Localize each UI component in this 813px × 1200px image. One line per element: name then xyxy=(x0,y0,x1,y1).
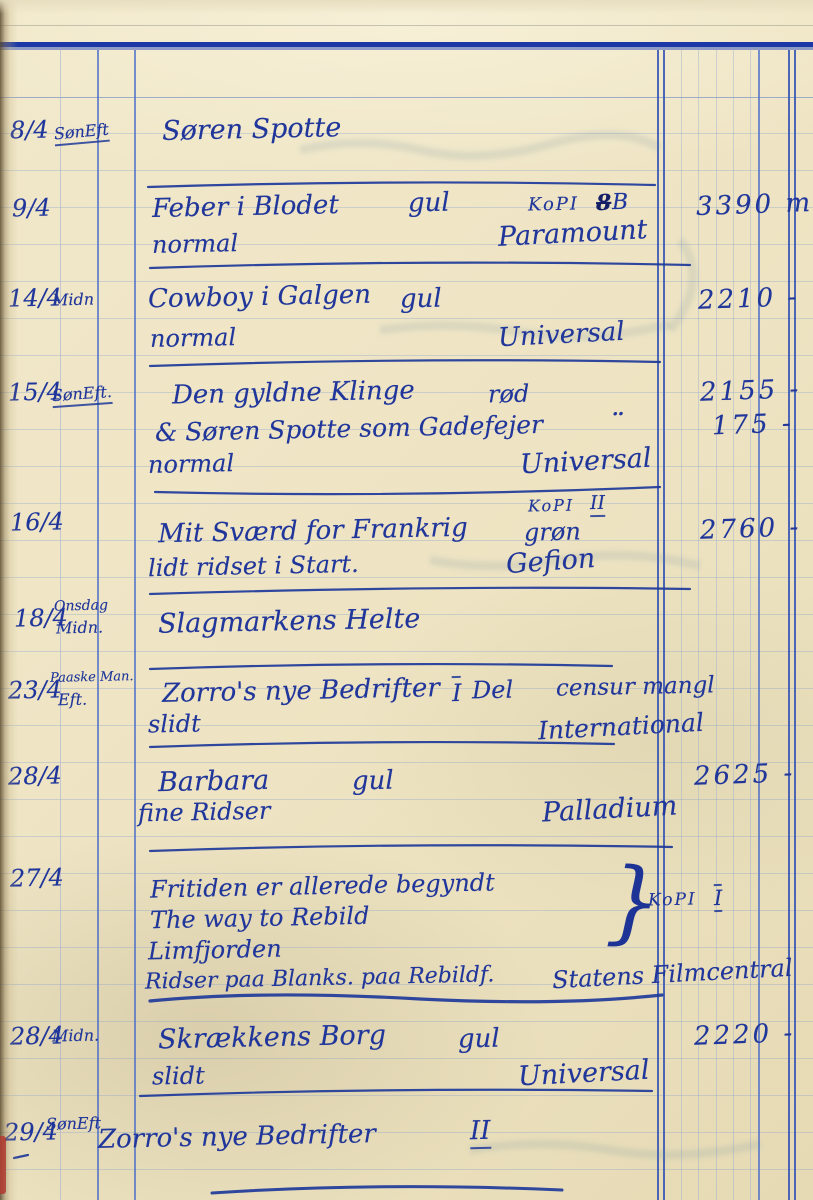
amount-meters: 2625 - xyxy=(694,758,796,792)
copy-numeral: I xyxy=(714,884,723,912)
condition-note: normal xyxy=(152,229,239,259)
red-edge-mark xyxy=(0,1136,6,1194)
leader-color-note: rød xyxy=(488,380,530,409)
copy-label: KoPI xyxy=(648,889,697,910)
film-title: Zorro's nye Bedrifter xyxy=(98,1119,376,1155)
copy-label: KoPI xyxy=(528,193,579,215)
scan-top-edge xyxy=(0,0,813,14)
entry-day-line1: Paaske Man. xyxy=(50,669,134,686)
entry-day-line2: Eft. xyxy=(58,690,88,710)
entry-day: SønEft xyxy=(46,1113,101,1133)
film-title: Barbara xyxy=(158,765,270,798)
amount-meters: 2760 - xyxy=(700,512,802,546)
condition-note: slidt xyxy=(152,1061,205,1090)
cash-rule xyxy=(681,50,682,1200)
studio: Gefion xyxy=(505,543,596,580)
entry-day: Midn xyxy=(52,290,94,310)
part-word: Del xyxy=(472,676,514,705)
copy-number-struck: 8 xyxy=(596,190,612,216)
amount-meters: 3390 m xyxy=(696,188,813,222)
leader-color-note: gul xyxy=(458,1024,500,1055)
censor-note: censur mangl xyxy=(556,672,715,701)
printed-horizontal-ruling xyxy=(0,97,813,1200)
amount-meters: 2210 - xyxy=(698,282,800,316)
condition-note: slidt xyxy=(148,709,201,738)
film-title-line3: Limfjorden xyxy=(148,935,282,966)
condition-note: fine Ridser xyxy=(138,797,271,828)
column-rule-double xyxy=(657,50,659,1200)
film-title: Skrækkens Borg xyxy=(158,1020,387,1056)
column-rule-double xyxy=(663,50,665,1200)
film-title: Slagmarkens Helte xyxy=(158,603,421,639)
amount-meters-second: 175 - xyxy=(712,409,795,442)
condition-note: normal xyxy=(150,323,237,353)
part-numeral: I xyxy=(452,676,462,707)
ditto-mark: ¨ xyxy=(608,408,624,443)
copy-number: B xyxy=(612,190,629,215)
entry-day-line2: Midn. xyxy=(56,618,104,638)
top-faint-line xyxy=(0,25,813,26)
copy-label: KoPI xyxy=(528,496,575,516)
scan-left-edge xyxy=(0,0,18,1200)
entry-day-line1: Onsdag xyxy=(54,597,108,614)
entry-day: Midn. xyxy=(52,1026,100,1046)
film-title: Søren Spotte xyxy=(162,112,342,147)
film-title-line2: The way to Rebild xyxy=(150,902,370,935)
copy-numeral: II xyxy=(590,492,606,517)
amount-meters: 2220 - xyxy=(694,1018,796,1052)
leader-color-note: grøn xyxy=(524,517,581,546)
film-title: Feber i Blodet xyxy=(152,190,339,224)
leader-color-note: gul xyxy=(408,188,450,219)
header-sub-rule xyxy=(0,97,813,98)
leader-color-note: gul xyxy=(352,766,394,797)
condition-note: lidt ridset i Start. xyxy=(148,550,359,582)
ledger-page: 8/4 SønEft Søren Spotte 9/4 Feber i Blod… xyxy=(0,0,813,1200)
header-double-rule xyxy=(0,42,813,47)
film-title: Cowboy i Galgen xyxy=(148,280,372,315)
entry-day: SønEft. xyxy=(51,382,112,408)
film-title: Zorro's nye Bedrifter xyxy=(162,673,440,709)
column-rule xyxy=(134,50,136,1200)
amount-meters: 2155 - xyxy=(700,374,802,408)
part-numeral: II xyxy=(470,1116,491,1149)
condition-note: normal xyxy=(148,449,235,479)
leader-color-note: gul xyxy=(400,284,442,315)
film-title: Den gyldne Klinge xyxy=(172,375,415,410)
